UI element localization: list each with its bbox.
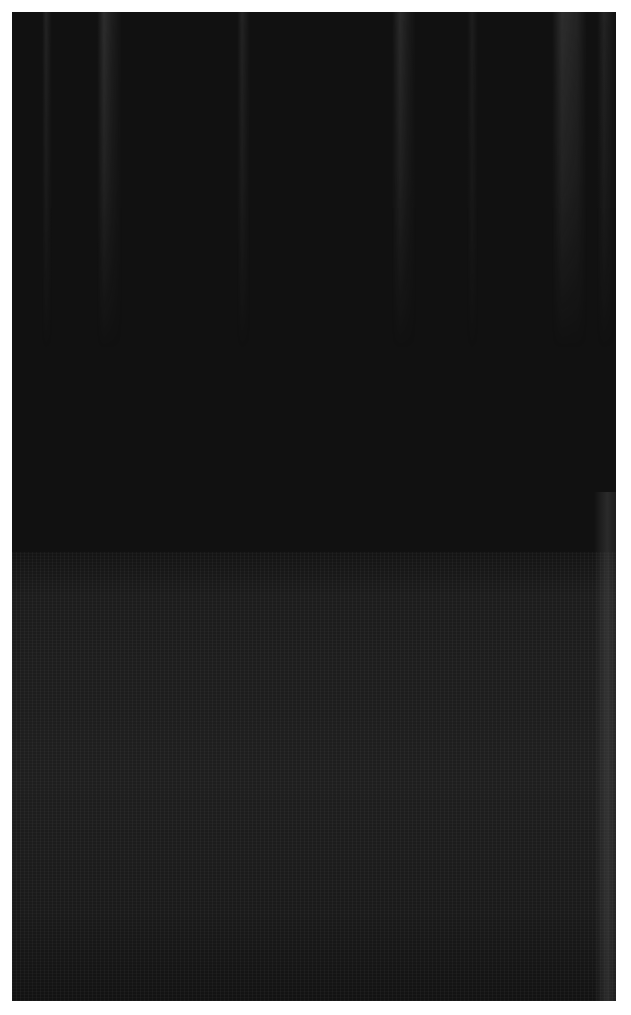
book-cover — [12, 12, 616, 1001]
worn-spine-edge — [594, 492, 616, 1001]
worn-streaks-texture — [12, 12, 616, 572]
cloth-weave-texture — [12, 552, 616, 1001]
